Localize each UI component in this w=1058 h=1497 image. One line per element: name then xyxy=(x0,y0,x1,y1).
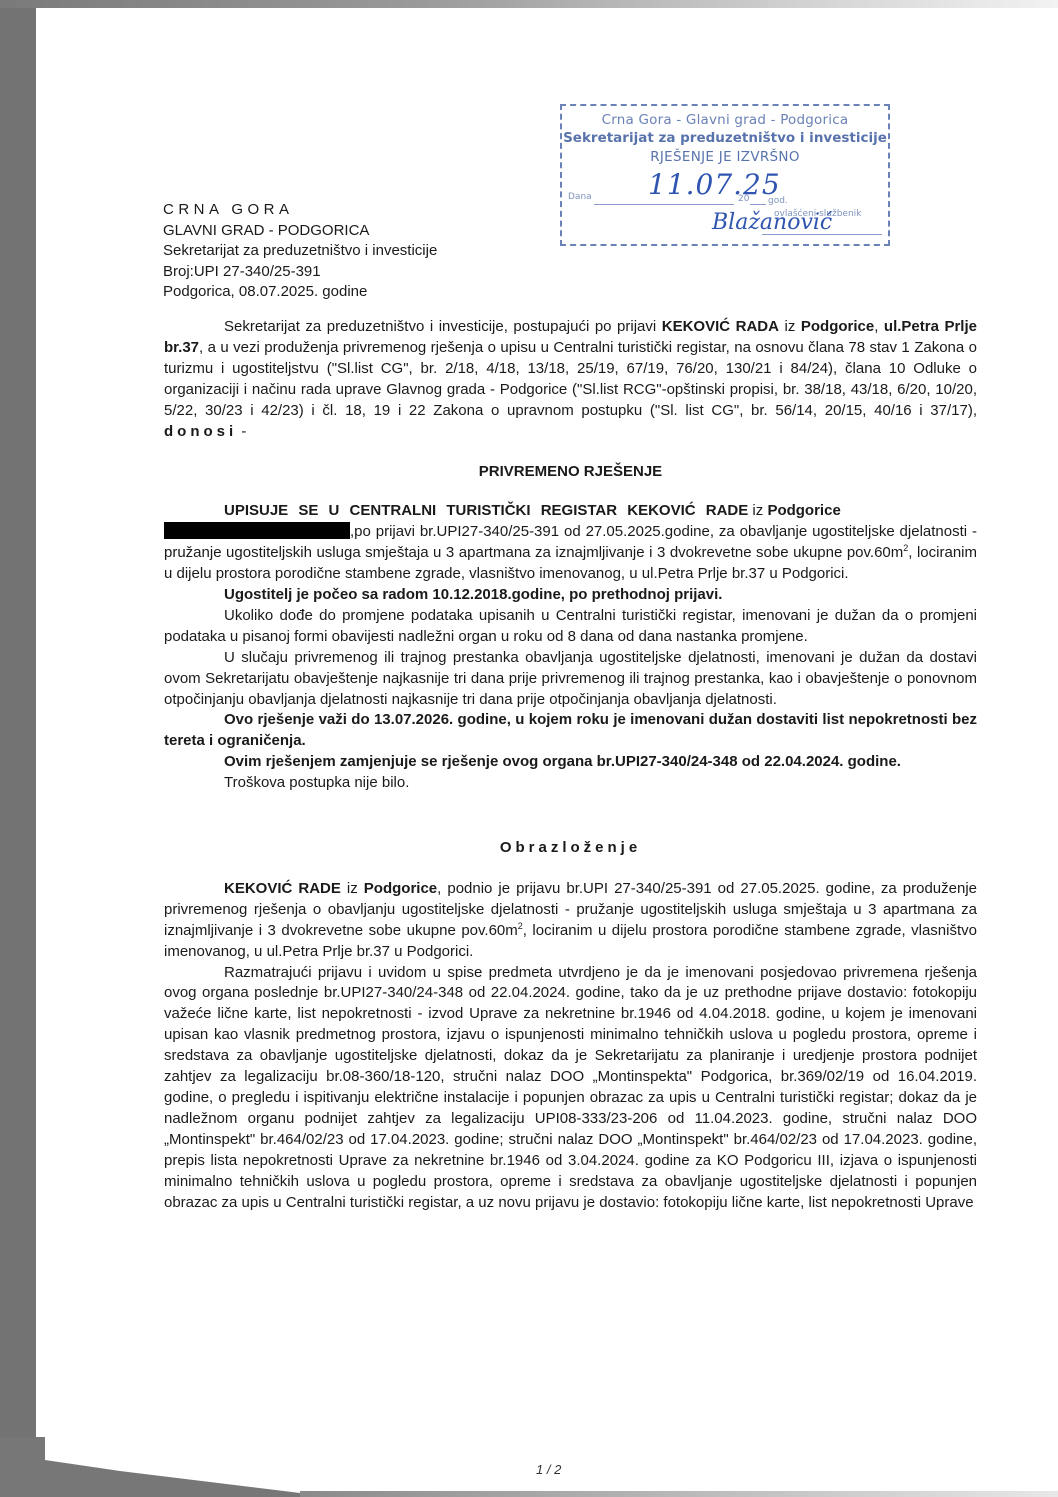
applicant-name: KEKOVIĆ RADA xyxy=(662,318,779,335)
scan-border-bottom xyxy=(0,1437,1058,1497)
stamp-line-3: RJEŠENJE JE IZVRŠNO xyxy=(562,149,888,165)
header-department: Sekretarijat za preduzetništvo i investi… xyxy=(163,241,437,262)
decision-paragraph: UPISUJE SE U CENTRALNI TURISTIČKI REGIST… xyxy=(164,501,977,585)
page-number: 1 / 2 xyxy=(536,1462,561,1477)
executive-stamp: Crna Gora - Glavni grad - Podgorica Sekr… xyxy=(560,104,890,246)
stamp-line-2: Sekretarijat za preduzetništvo i investi… xyxy=(562,130,888,146)
document-header: CRNA GORA GLAVNI GRAD - PODGORICA Sekret… xyxy=(163,200,437,303)
stamp-handwritten-date: 11.07.25 xyxy=(648,168,781,201)
stamp-signature: Blažanović xyxy=(712,210,832,235)
header-city: GLAVNI GRAD - PODGORICA xyxy=(163,221,437,242)
replaces-paragraph: Ovim rješenjem zamjenjuje se rješenje ov… xyxy=(164,752,977,773)
change-paragraph: Ukoliko dođe do promjene podataka upisan… xyxy=(164,606,977,648)
reasoning-paragraph-1: KEKOVIĆ RADE iz Podgorice, podnio je pri… xyxy=(164,879,977,963)
stamp-signature-line xyxy=(762,234,882,235)
donosi: donosi xyxy=(164,423,237,440)
applicant-city: Podgorice xyxy=(364,880,437,897)
applicant-name: KEKOVIĆ RADE xyxy=(224,880,341,897)
stamp-dana-label: Dana xyxy=(568,192,592,202)
header-country: CRNA GORA xyxy=(163,200,437,221)
stamp-year-prefix: 20 xyxy=(738,194,749,204)
stamp-year-line xyxy=(750,204,766,205)
scan-border-left xyxy=(0,0,36,1497)
scan-border-bottom-strip xyxy=(300,1491,1058,1497)
start-date-paragraph: Ugostitelj je počeo sa radom 10.12.2018.… xyxy=(164,585,977,606)
text: iz xyxy=(779,318,801,335)
text: , a u vezi produženja privremenog rješen… xyxy=(164,339,977,419)
reasoning-paragraph-2: Razmatrajući prijavu i uvidom u spise pr… xyxy=(164,963,977,1214)
stamp-date-line xyxy=(594,204,734,205)
reasoning-title: Obrazloženje xyxy=(164,838,977,859)
cessation-paragraph: U slučaju privremenog ili trajnog presta… xyxy=(164,648,977,711)
applicant-city: Podgorice xyxy=(801,318,874,335)
text: iz xyxy=(748,502,767,519)
stamp-god-label: god. xyxy=(768,196,788,206)
document-body: Sekretarijat za preduzetništvo i investi… xyxy=(164,317,977,1213)
text: , xyxy=(874,318,884,335)
decision-title: PRIVREMENO RJEŠENJE xyxy=(164,462,977,483)
text: Sekretarijat za preduzetništvo i investi… xyxy=(224,318,662,335)
header-number: Broj:UPI 27-340/25-391 xyxy=(163,262,437,283)
header-place-date: Podgorica, 08.07.2025. godine xyxy=(163,282,437,303)
text: iz xyxy=(341,880,364,897)
validity-paragraph: Ovo rješenje važi do 13.07.2026. godine,… xyxy=(164,710,977,752)
costs-paragraph: Troškova postupka nije bilo. xyxy=(164,773,977,794)
text: - xyxy=(237,423,246,440)
decision-city: Podgorice xyxy=(767,502,840,519)
redacted-block xyxy=(164,522,350,539)
scan-border-top xyxy=(0,0,1058,8)
decision-heading: UPISUJE SE U CENTRALNI TURISTIČKI REGIST… xyxy=(224,502,748,519)
stamp-line-1: Crna Gora - Glavni grad - Podgorica xyxy=(562,112,888,128)
intro-paragraph: Sekretarijat za preduzetništvo i investi… xyxy=(164,317,977,442)
